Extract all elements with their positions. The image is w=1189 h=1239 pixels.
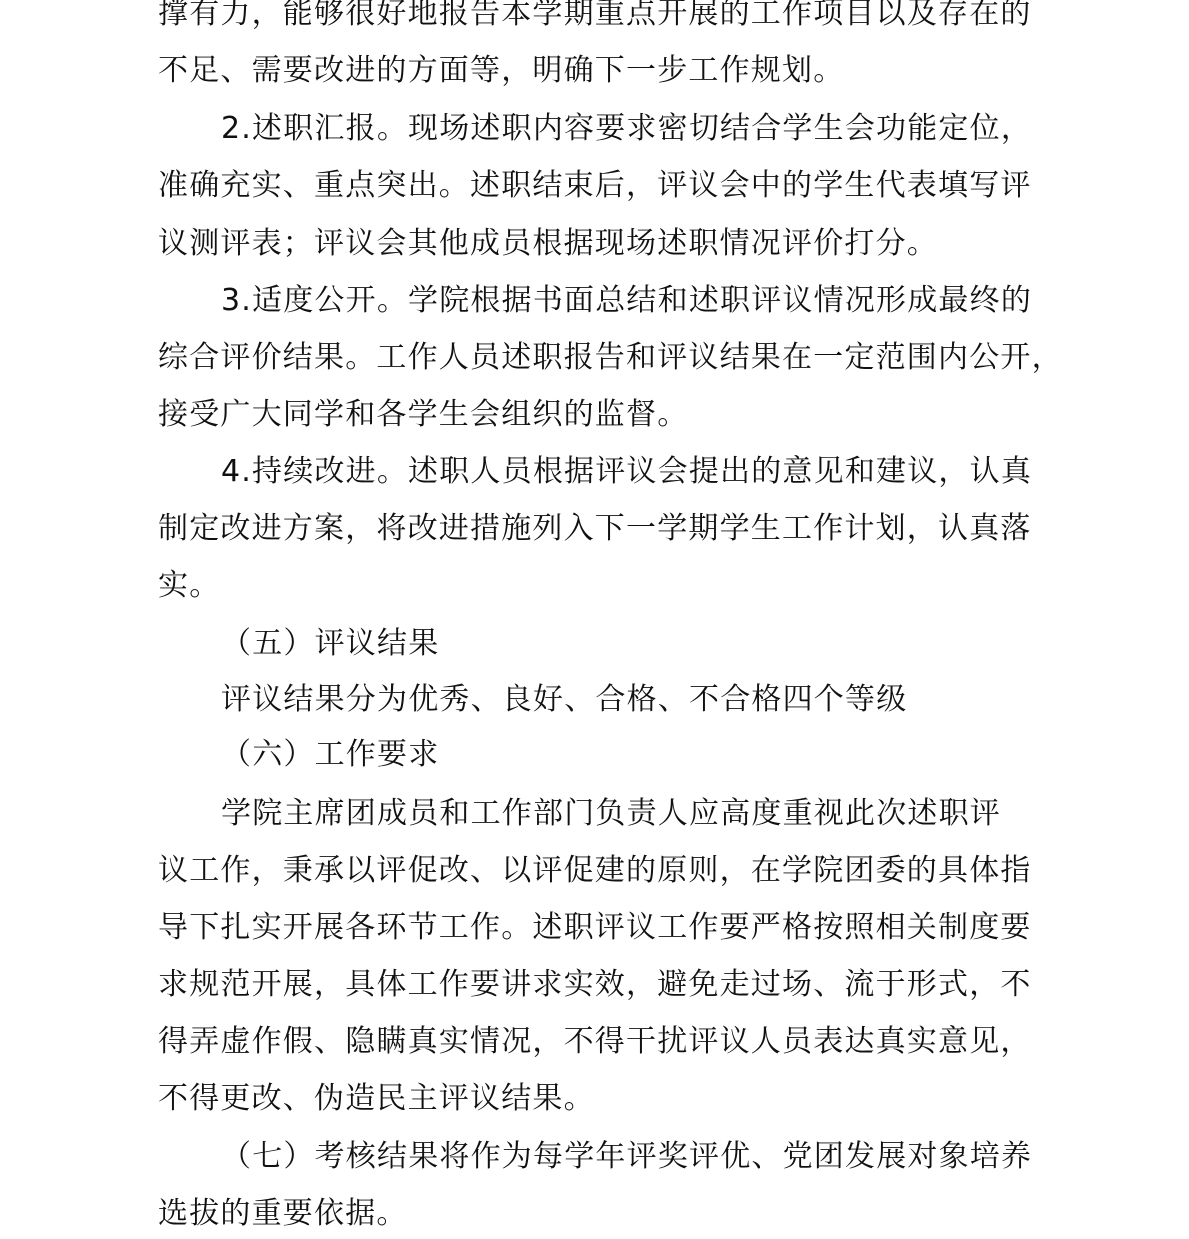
paragraph-line: 不足、需要改进的方面等，明确下一步工作规划。 [158,51,844,91]
paragraph-line: 接受广大同学和各学生会组织的监督。 [158,395,688,435]
paragraph-line: 制定改进方案，将改进措施列入下一学期学生工作计划，认真落 [158,509,1032,549]
paragraph-line: 综合评价结果。工作人员述职报告和评议结果在一定范围内公开， [158,338,1063,378]
paragraph-line: 撑有力，能够很好地报告本学期重点开展的工作项目以及存在的 [158,0,1032,34]
paragraph-line: 选拔的重要依据。 [158,1194,408,1234]
section-6-body-line: 学院主席团成员和工作部门负责人应高度重视此次述职评 [221,794,1001,834]
paragraph-line: 议工作，秉承以评促改、以评促建的原则，在学院团委的具体指 [158,851,1032,891]
section-6-heading: （六）工作要求 [221,735,439,775]
paragraph-line: 导下扎实开展各环节工作。述职评议工作要严格按照相关制度要 [158,908,1032,948]
paragraph-line: 得弄虚作假、隐瞒真实情况，不得干扰评议人员表达真实意见， [158,1022,1032,1062]
paragraph-line: 议测评表；评议会其他成员根据现场述职情况评价打分。 [158,224,938,264]
paragraph-line: 实。 [158,566,220,606]
section-7-line: （七）考核结果将作为每学年评奖评优、党团发展对象培养 [221,1137,1032,1177]
paragraph-line: 准确充实、重点突出。述职结束后，评议会中的学生代表填写评 [158,166,1032,206]
paragraph-line: 求规范开展，具体工作要讲求实效，避免走过场、流于形式，不 [158,965,1032,1005]
section-5-body: 评议结果分为优秀、良好、合格、不合格四个等级 [221,680,907,720]
item-3-heading-line: 3.适度公开。学院根据书面总结和述职评议情况形成最终的 [221,281,1032,321]
section-5-heading: （五）评议结果 [221,624,439,664]
item-4-heading-line: 4.持续改进。述职人员根据评议会提出的意见和建议，认真 [221,452,1032,492]
paragraph-line: 不得更改、伪造民主评议结果。 [158,1079,595,1119]
item-2-heading-line: 2.述职汇报。现场述职内容要求密切结合学生会功能定位， [221,109,1032,149]
